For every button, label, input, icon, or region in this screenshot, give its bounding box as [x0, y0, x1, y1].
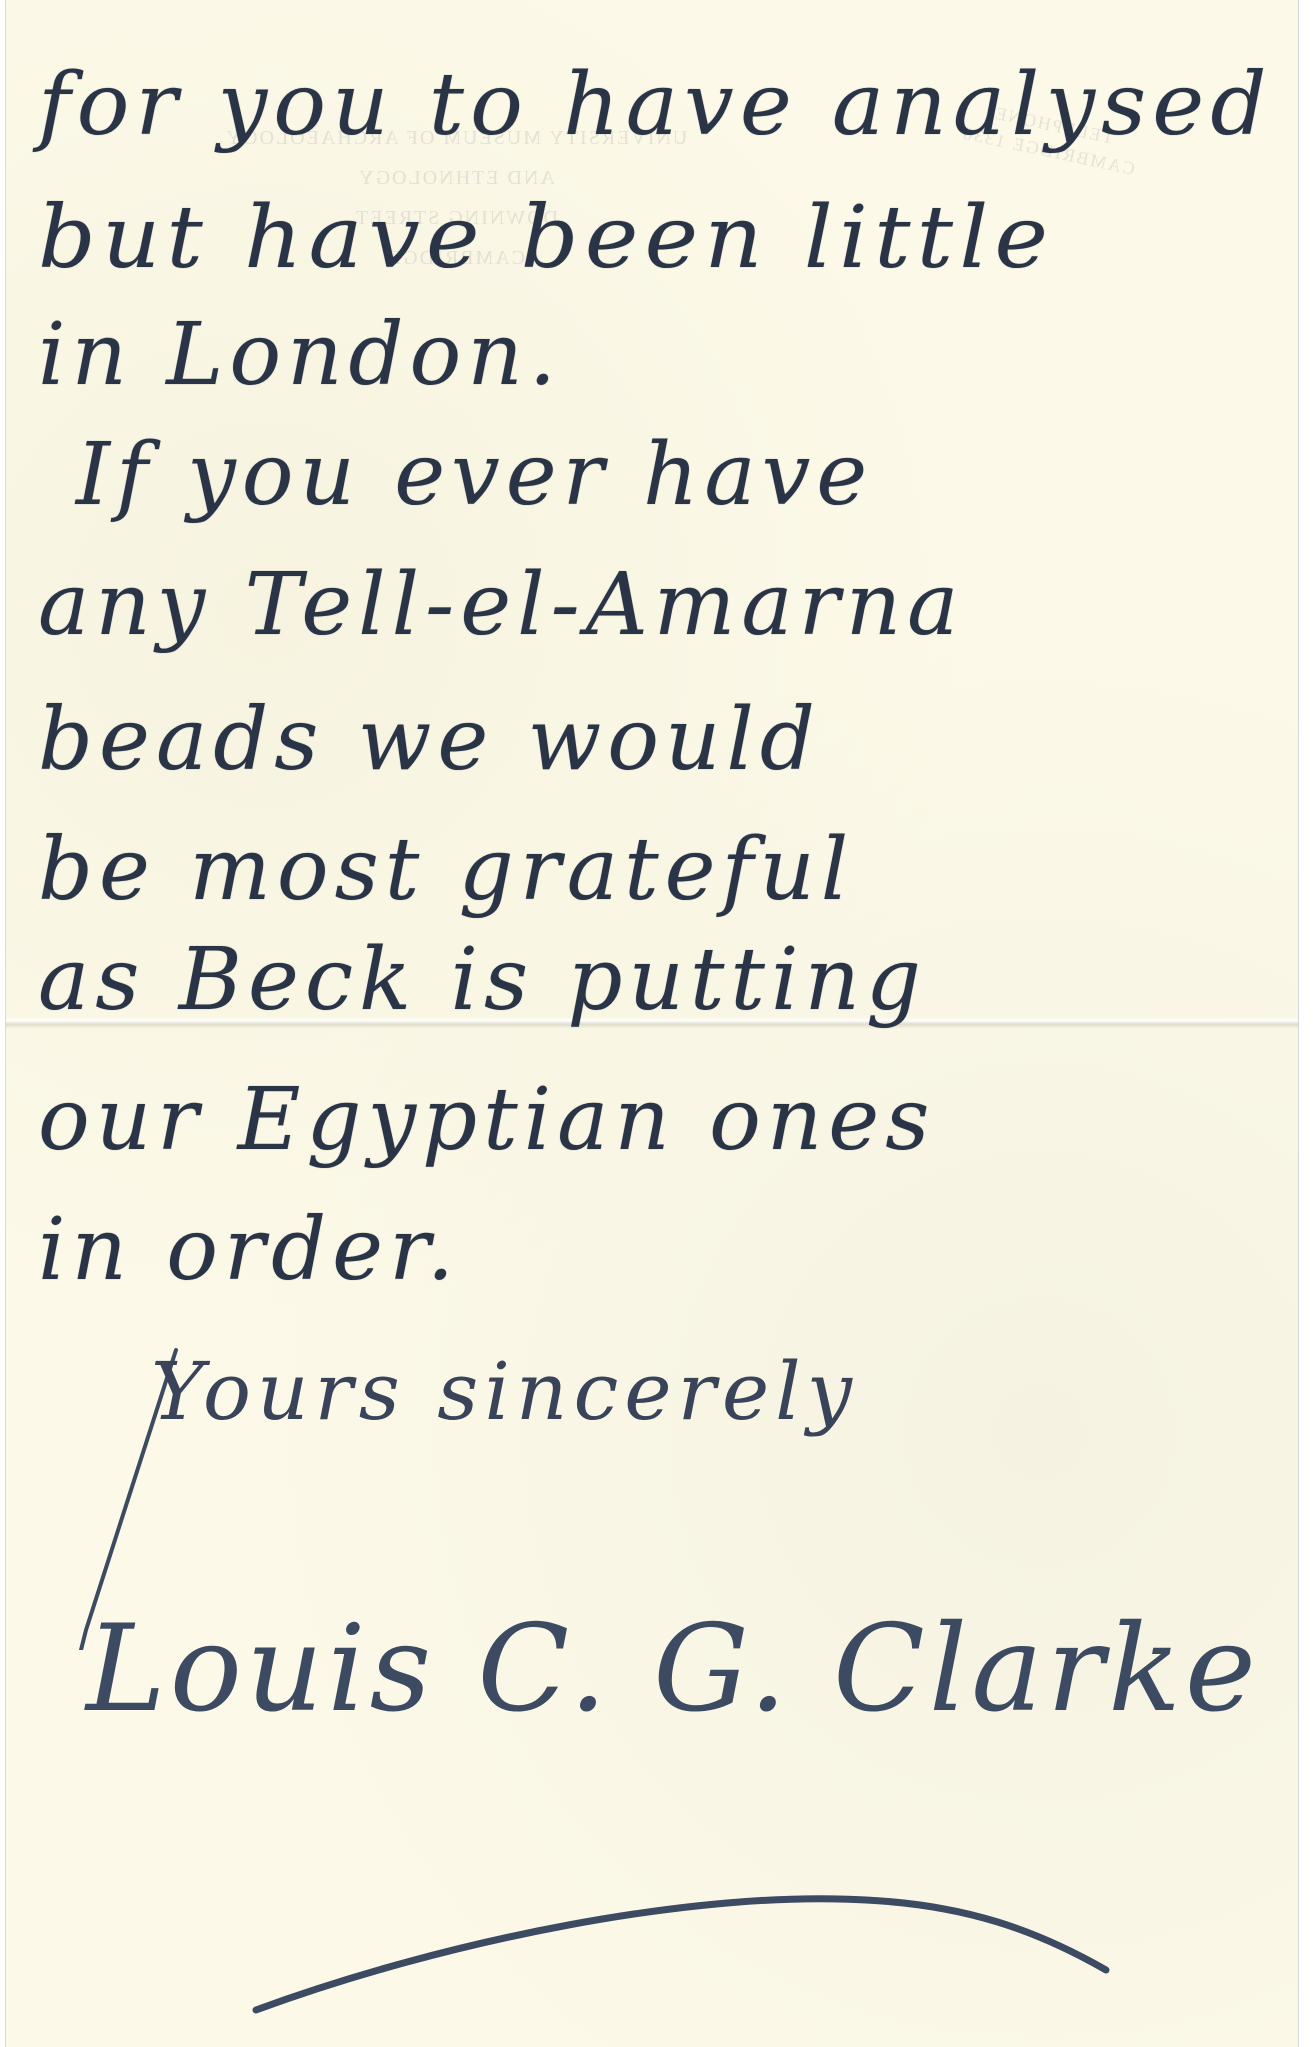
- body-line-4: If you ever have: [76, 425, 873, 525]
- body-line-9: our Egyptian ones: [38, 1070, 935, 1170]
- body-line-2: but have been little: [38, 188, 1054, 288]
- body-line-6: beads we would: [38, 690, 821, 790]
- body-line-7: be most grateful: [38, 820, 854, 920]
- body-line-10: in order.: [38, 1200, 460, 1300]
- body-line-1: for you to have analysed: [38, 55, 1273, 155]
- signature: Louis C. G. Clarke: [86, 1600, 1260, 1739]
- letter-page: UNIVERSITY MUSEUM OF ARCHAEOLOGY AND ETH…: [5, 0, 1299, 2047]
- letter-body: for you to have analysed but have been l…: [6, 0, 1298, 2047]
- signature-underline-flourish: [246, 1880, 1126, 2020]
- body-line-8: as Beck is putting: [38, 930, 927, 1030]
- body-line-5: any Tell-el-Amarna: [38, 555, 964, 655]
- closing-salutation: Yours sincerely: [151, 1345, 858, 1438]
- body-line-3: in London.: [38, 305, 562, 405]
